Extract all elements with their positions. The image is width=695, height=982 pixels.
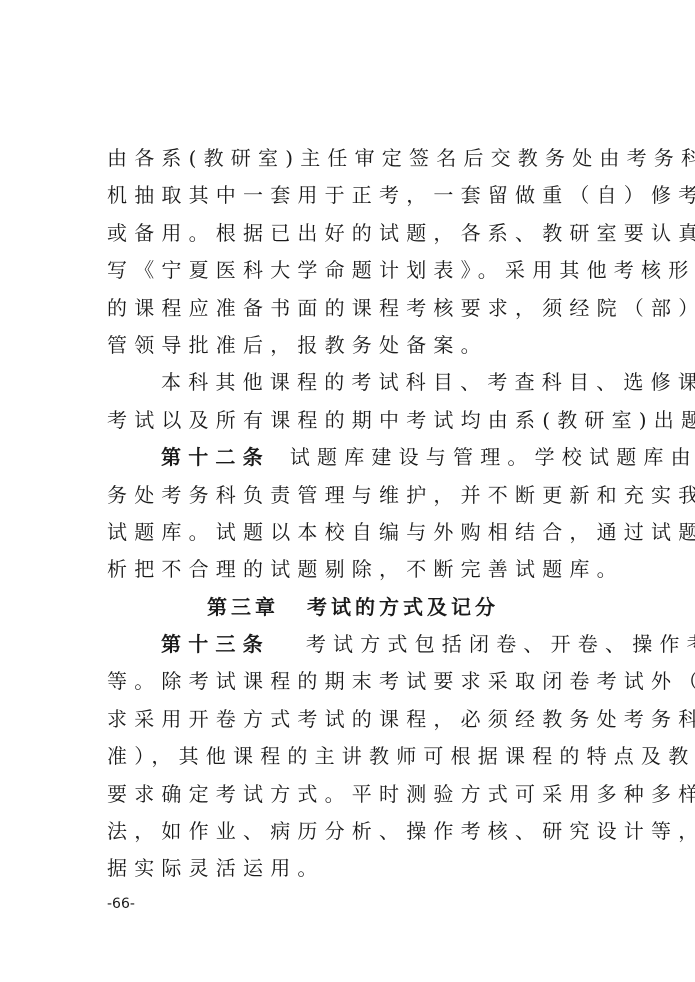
text-line: 等。除考试课程的期末考试要求采取闭卷考试外（要 xyxy=(107,663,599,700)
text-line: 的课程应准备书面的课程考核要求，须经院（部）主 xyxy=(107,290,599,327)
article-12-first-line: 第十二条试题库建设与管理。学校试题库由教 xyxy=(107,439,599,476)
article-13-text: 考试方式包括闭卷、开卷、操作考核 xyxy=(306,632,695,656)
text-line: 管领导批准后，报教务处备案。 xyxy=(107,327,599,364)
text-line: 据实际灵活运用。 xyxy=(107,850,599,887)
chapter-label: 第三章 xyxy=(207,595,279,619)
text-line: 务处考务科负责管理与维护，并不断更新和充实我校 xyxy=(107,477,599,514)
text-line: 析把不合理的试题剔除，不断完善试题库。 xyxy=(107,551,599,588)
text-line: 机抽取其中一套用于正考，一套留做重（自）修考试 xyxy=(107,177,599,214)
text-line: 写《宁夏医科大学命题计划表》。采用其他考核形式 xyxy=(107,252,599,289)
text-line: 本科其他课程的考试科目、考查科目、选修课程 xyxy=(107,364,599,401)
chapter-title: 考试的方式及记分 xyxy=(307,595,499,619)
text-column: 由各系(教研室)主任审定签名后交教务处由考务科随 机抽取其中一套用于正考，一套留… xyxy=(107,140,599,888)
article-13-label: 第十三条 xyxy=(161,632,270,656)
text-line: 准），其他课程的主讲教师可根据课程的特点及教学 xyxy=(107,738,599,775)
text-line: 或备用。根据已出好的试题，各系、教研室要认真填 xyxy=(107,215,599,252)
article-12-text: 试题库建设与管理。学校试题库由教 xyxy=(290,445,695,469)
text-line: 考试以及所有课程的期中考试均由系(教研室)出题。 xyxy=(107,402,599,439)
text-line: 法，如作业、病历分析、操作考核、研究设计等，根 xyxy=(107,813,599,850)
text-line: 由各系(教研室)主任审定签名后交教务处由考务科随 xyxy=(107,140,599,177)
chapter-heading: 第三章考试的方式及记分 xyxy=(107,589,599,626)
document-page: 由各系(教研室)主任审定签名后交教务处由考务科随 机抽取其中一套用于正考，一套留… xyxy=(0,0,695,982)
article-13-first-line: 第十三条考试方式包括闭卷、开卷、操作考核 xyxy=(107,626,599,663)
text-line: 求采用开卷方式考试的课程，必须经教务处考务科批 xyxy=(107,701,599,738)
article-12-label: 第十二条 xyxy=(161,445,270,469)
text-line: 试题库。试题以本校自编与外购相结合，通过试题分 xyxy=(107,514,599,551)
text-line: 要求确定考试方式。平时测验方式可采用多种多样方 xyxy=(107,776,599,813)
page-number: -66- xyxy=(107,896,135,912)
